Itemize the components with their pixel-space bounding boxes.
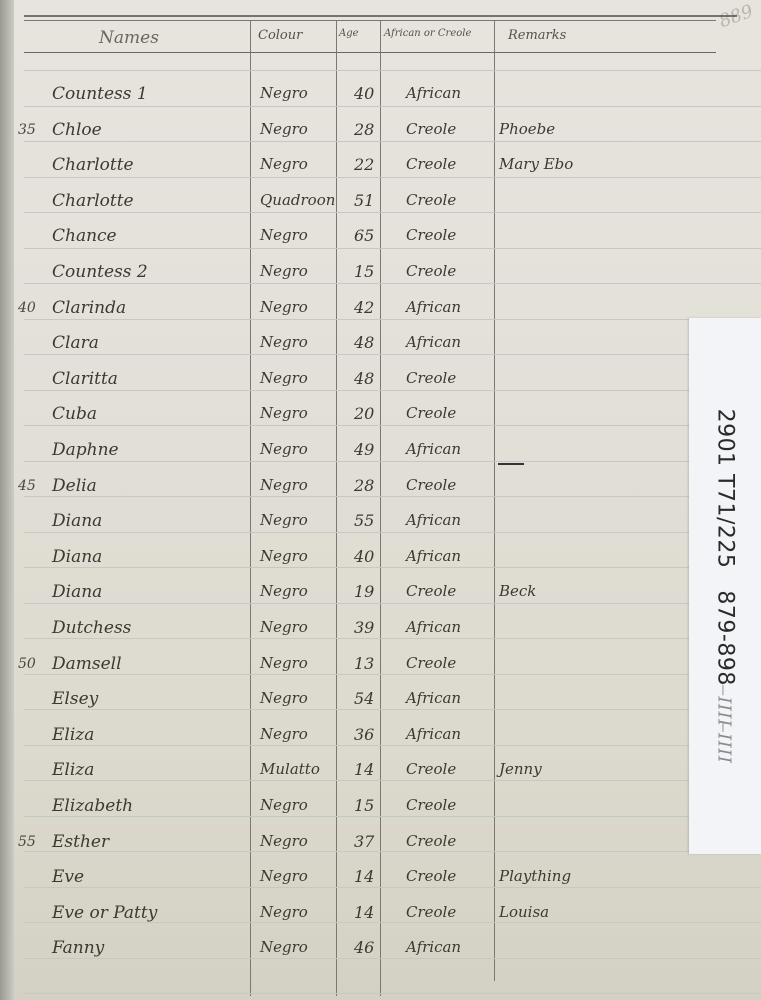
column-header-remarks: Remarks bbox=[508, 28, 566, 43]
entry-name: Diana bbox=[52, 511, 102, 531]
column-header-origin: African or Creole bbox=[384, 28, 471, 39]
entry-name: Charlotte bbox=[52, 155, 134, 175]
entry-colour: Negro bbox=[260, 120, 308, 138]
entry-colour: Negro bbox=[260, 476, 308, 494]
register-row: DutchessNegro39African bbox=[14, 616, 714, 652]
entry-name: Fanny bbox=[52, 938, 104, 958]
entry-name: Clarinda bbox=[52, 298, 126, 318]
archive-reference-label: 2901 T71/225879-898̶IIII ̶IIII bbox=[689, 318, 761, 854]
entry-age: 48 bbox=[354, 333, 374, 352]
entry-colour: Negro bbox=[260, 903, 308, 921]
entry-origin: African bbox=[406, 938, 461, 956]
entry-colour: Negro bbox=[260, 440, 308, 458]
entry-name: Esther bbox=[52, 832, 109, 852]
entry-name: Cuba bbox=[52, 404, 97, 424]
entry-name: Claritta bbox=[52, 369, 118, 389]
entry-number: 45 bbox=[18, 478, 36, 494]
entry-remarks: Mary Ebo bbox=[499, 155, 573, 173]
entry-origin: Creole bbox=[406, 262, 456, 280]
entry-age: 39 bbox=[354, 618, 374, 637]
entry-colour: Negro bbox=[260, 582, 308, 600]
entry-age: 37 bbox=[354, 832, 374, 851]
entry-colour: Negro bbox=[260, 867, 308, 885]
entry-origin: Creole bbox=[406, 903, 456, 921]
entry-age: 19 bbox=[354, 582, 374, 601]
entry-age: 14 bbox=[354, 867, 374, 886]
entry-colour: Negro bbox=[260, 298, 308, 316]
entry-age: 28 bbox=[354, 476, 374, 495]
entry-name: Countess 1 bbox=[52, 84, 148, 104]
tally-marks: ̶IIII ̶IIII bbox=[714, 696, 735, 764]
column-header-age: Age bbox=[339, 28, 359, 39]
entry-remarks: Louisa bbox=[499, 903, 549, 921]
entry-age: 51 bbox=[354, 191, 374, 210]
register-page: 889 Names Colour Age African or Creole R… bbox=[14, 0, 761, 1000]
entry-origin: Creole bbox=[406, 120, 456, 138]
entry-name: Elsey bbox=[52, 689, 98, 709]
ruled-line bbox=[24, 70, 761, 71]
entry-colour: Negro bbox=[260, 155, 308, 173]
entry-age: 15 bbox=[354, 262, 374, 281]
entry-age: 36 bbox=[354, 725, 374, 744]
column-header-names: Names bbox=[99, 28, 159, 48]
entry-age: 48 bbox=[354, 369, 374, 388]
entry-origin: African bbox=[406, 440, 461, 458]
entry-origin: Creole bbox=[406, 654, 456, 672]
register-row: ClaraNegro48African bbox=[14, 331, 714, 367]
entry-origin: Creole bbox=[406, 226, 456, 244]
entry-remarks: Jenny bbox=[499, 760, 542, 778]
entry-age: 65 bbox=[354, 226, 374, 245]
register-row: DaphneNegro49African bbox=[14, 438, 714, 474]
archive-reference-number: 2901 T71/225 bbox=[713, 409, 738, 569]
entry-origin: Creole bbox=[406, 796, 456, 814]
entry-origin: Creole bbox=[406, 476, 456, 494]
entry-name: Delia bbox=[52, 476, 97, 496]
register-row: CharlotteQuadroon51Creole bbox=[14, 189, 714, 225]
entry-origin: African bbox=[406, 618, 461, 636]
entry-number: 55 bbox=[18, 834, 36, 850]
entry-name: Damsell bbox=[52, 654, 122, 674]
entry-name: Dutchess bbox=[52, 618, 131, 638]
entry-remarks: Beck bbox=[499, 582, 536, 600]
entry-origin: Creole bbox=[406, 582, 456, 600]
entry-colour: Negro bbox=[260, 404, 308, 422]
entry-number: 50 bbox=[18, 656, 36, 672]
entry-name: Diana bbox=[52, 547, 102, 567]
entry-colour: Mulatto bbox=[260, 760, 320, 778]
entry-colour: Negro bbox=[260, 511, 308, 529]
entry-name: Clara bbox=[52, 333, 99, 353]
entry-colour: Negro bbox=[260, 369, 308, 387]
entry-age: 46 bbox=[354, 938, 374, 957]
entry-number: 35 bbox=[18, 122, 36, 138]
entry-colour: Negro bbox=[260, 262, 308, 280]
entry-age: 49 bbox=[354, 440, 374, 459]
entry-colour: Negro bbox=[260, 689, 308, 707]
entry-origin: Creole bbox=[406, 191, 456, 209]
entry-origin: African bbox=[406, 725, 461, 743]
register-row: DianaNegro19CreoleBeck bbox=[14, 580, 714, 616]
entry-colour: Negro bbox=[260, 618, 308, 636]
entry-name: Elizabeth bbox=[52, 796, 133, 816]
register-row: DianaNegro55African bbox=[14, 509, 714, 545]
entry-name: Charlotte bbox=[52, 191, 134, 211]
entry-origin: African bbox=[406, 333, 461, 351]
entry-number: 40 bbox=[18, 300, 36, 316]
entry-age: 15 bbox=[354, 796, 374, 815]
entry-name: Chance bbox=[52, 226, 117, 246]
entry-age: 20 bbox=[354, 404, 374, 423]
register-row: Countess 2Negro15Creole bbox=[14, 260, 714, 296]
entry-origin: Creole bbox=[406, 832, 456, 850]
entry-colour: Negro bbox=[260, 832, 308, 850]
register-row: Countess 1Negro40African bbox=[14, 82, 714, 118]
entry-remarks: Phoebe bbox=[499, 120, 555, 138]
header-top-rule bbox=[24, 20, 716, 21]
register-row: 45DeliaNegro28Creole bbox=[14, 474, 714, 510]
entry-name: Countess 2 bbox=[52, 262, 148, 282]
register-row: FannyNegro46African bbox=[14, 936, 714, 972]
register-row: CubaNegro20Creole bbox=[14, 402, 714, 438]
entry-colour: Negro bbox=[260, 796, 308, 814]
register-row: 55EstherNegro37Creole bbox=[14, 830, 714, 866]
entry-origin: Creole bbox=[406, 867, 456, 885]
entry-name: Daphne bbox=[52, 440, 119, 460]
register-row: ElseyNegro54African bbox=[14, 687, 714, 723]
entry-name: Eliza bbox=[52, 760, 94, 780]
ruled-line bbox=[24, 993, 761, 994]
entry-name: Eliza bbox=[52, 725, 94, 745]
entry-origin: African bbox=[406, 511, 461, 529]
register-row: 40ClarindaNegro42African bbox=[14, 296, 714, 332]
entry-origin: Creole bbox=[406, 155, 456, 173]
register-row: DianaNegro40African bbox=[14, 545, 714, 581]
entry-origin: African bbox=[406, 84, 461, 102]
entry-colour: Negro bbox=[260, 84, 308, 102]
entry-age: 22 bbox=[354, 155, 374, 174]
top-rule bbox=[24, 15, 737, 17]
entry-colour: Negro bbox=[260, 333, 308, 351]
entry-colour: Negro bbox=[260, 654, 308, 672]
entry-name: Eve or Patty bbox=[52, 903, 157, 923]
register-row: ClarittaNegro48Creole bbox=[14, 367, 714, 403]
entry-age: 14 bbox=[354, 760, 374, 779]
entry-colour: Negro bbox=[260, 547, 308, 565]
register-row: 35ChloeNegro28CreolePhoebe bbox=[14, 118, 714, 154]
entry-colour: Negro bbox=[260, 725, 308, 743]
archive-folio-range: 879-898 bbox=[713, 590, 738, 685]
register-row: ElizaNegro36African bbox=[14, 723, 714, 759]
entry-age: 40 bbox=[354, 547, 374, 566]
entry-origin: Creole bbox=[406, 404, 456, 422]
register-row: CharlotteNegro22CreoleMary Ebo bbox=[14, 153, 714, 189]
entry-origin: African bbox=[406, 298, 461, 316]
entry-origin: African bbox=[406, 547, 461, 565]
margin-tick-mark bbox=[498, 463, 524, 465]
register-row: ElizabethNegro15Creole bbox=[14, 794, 714, 830]
entry-colour: Negro bbox=[260, 226, 308, 244]
entry-remarks: Plaything bbox=[499, 867, 571, 885]
register-row: EveNegro14CreolePlaything bbox=[14, 865, 714, 901]
header-bottom-rule bbox=[24, 52, 716, 53]
entry-age: 14 bbox=[354, 903, 374, 922]
entry-origin: Creole bbox=[406, 369, 456, 387]
entry-age: 40 bbox=[354, 84, 374, 103]
entry-name: Eve bbox=[52, 867, 84, 887]
register-row: ElizaMulatto14CreoleJenny bbox=[14, 758, 714, 794]
entry-name: Diana bbox=[52, 582, 102, 602]
entry-colour: Negro bbox=[260, 938, 308, 956]
column-header-colour: Colour bbox=[258, 28, 302, 43]
entry-origin: Creole bbox=[406, 760, 456, 778]
register-row: 50DamsellNegro13Creole bbox=[14, 652, 714, 688]
entry-age: 28 bbox=[354, 120, 374, 139]
entry-age: 13 bbox=[354, 654, 374, 673]
entry-age: 42 bbox=[354, 298, 374, 317]
entry-origin: African bbox=[406, 689, 461, 707]
archive-reference-text: 2901 T71/225879-898̶IIII ̶IIII bbox=[713, 409, 738, 764]
entry-age: 55 bbox=[354, 511, 374, 530]
entry-colour: Quadroon bbox=[260, 191, 335, 209]
register-row: ChanceNegro65Creole bbox=[14, 224, 714, 260]
entry-name: Chloe bbox=[52, 120, 102, 140]
entry-age: 54 bbox=[354, 689, 374, 708]
register-row: Eve or PattyNegro14CreoleLouisa bbox=[14, 901, 714, 937]
